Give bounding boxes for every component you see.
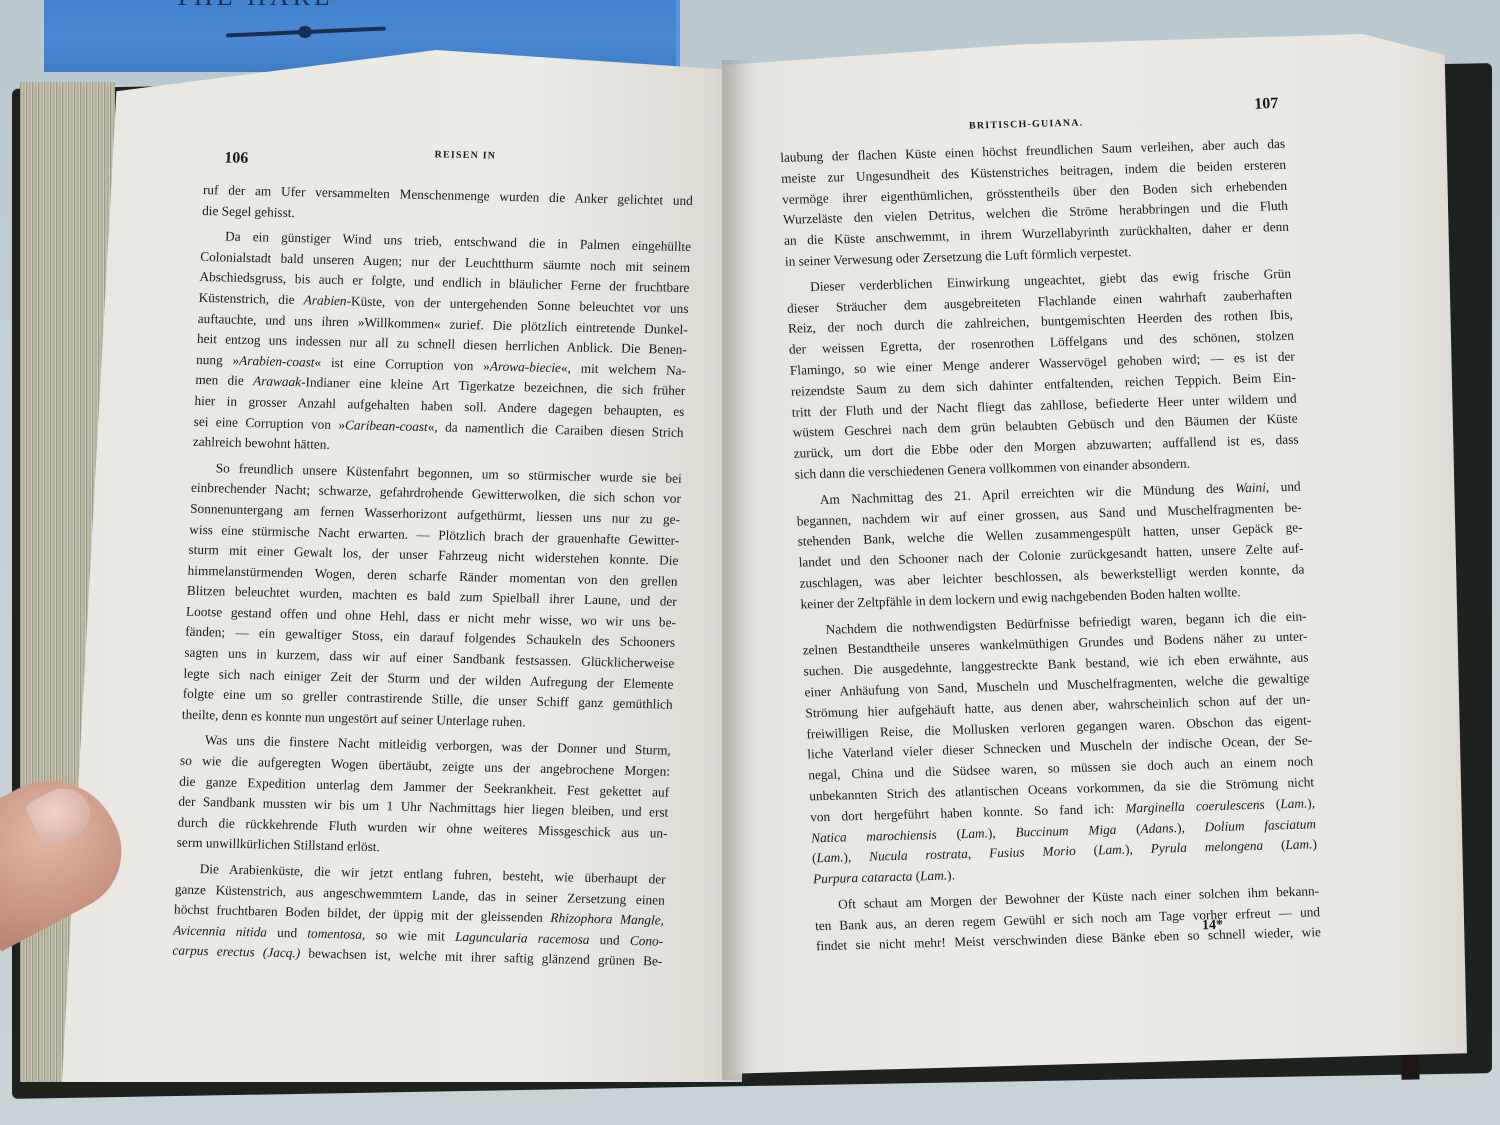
- left-page-text: 106 REISEN IN ruf der am Ufer versammelt…: [172, 140, 695, 973]
- right-page-text: BRITISCH-GUIANA. 107 laubung der flachen…: [778, 94, 1321, 958]
- right-body: laubung der flachen Küste einen höchst f…: [780, 134, 1322, 958]
- running-title: BRITISCH-GUIANA.: [969, 113, 1084, 137]
- page-number: 106: [224, 148, 249, 169]
- book-gutter: [722, 60, 750, 1080]
- blue-book-title: THE HARL: [174, 0, 334, 12]
- running-title: REISEN IN: [434, 145, 496, 167]
- ornament-icon: [226, 27, 386, 38]
- signature-mark: 14*: [1202, 918, 1223, 935]
- page-number: 107: [1254, 94, 1279, 115]
- left-body: ruf der am Ufer versammelten Menschenmen…: [172, 180, 693, 973]
